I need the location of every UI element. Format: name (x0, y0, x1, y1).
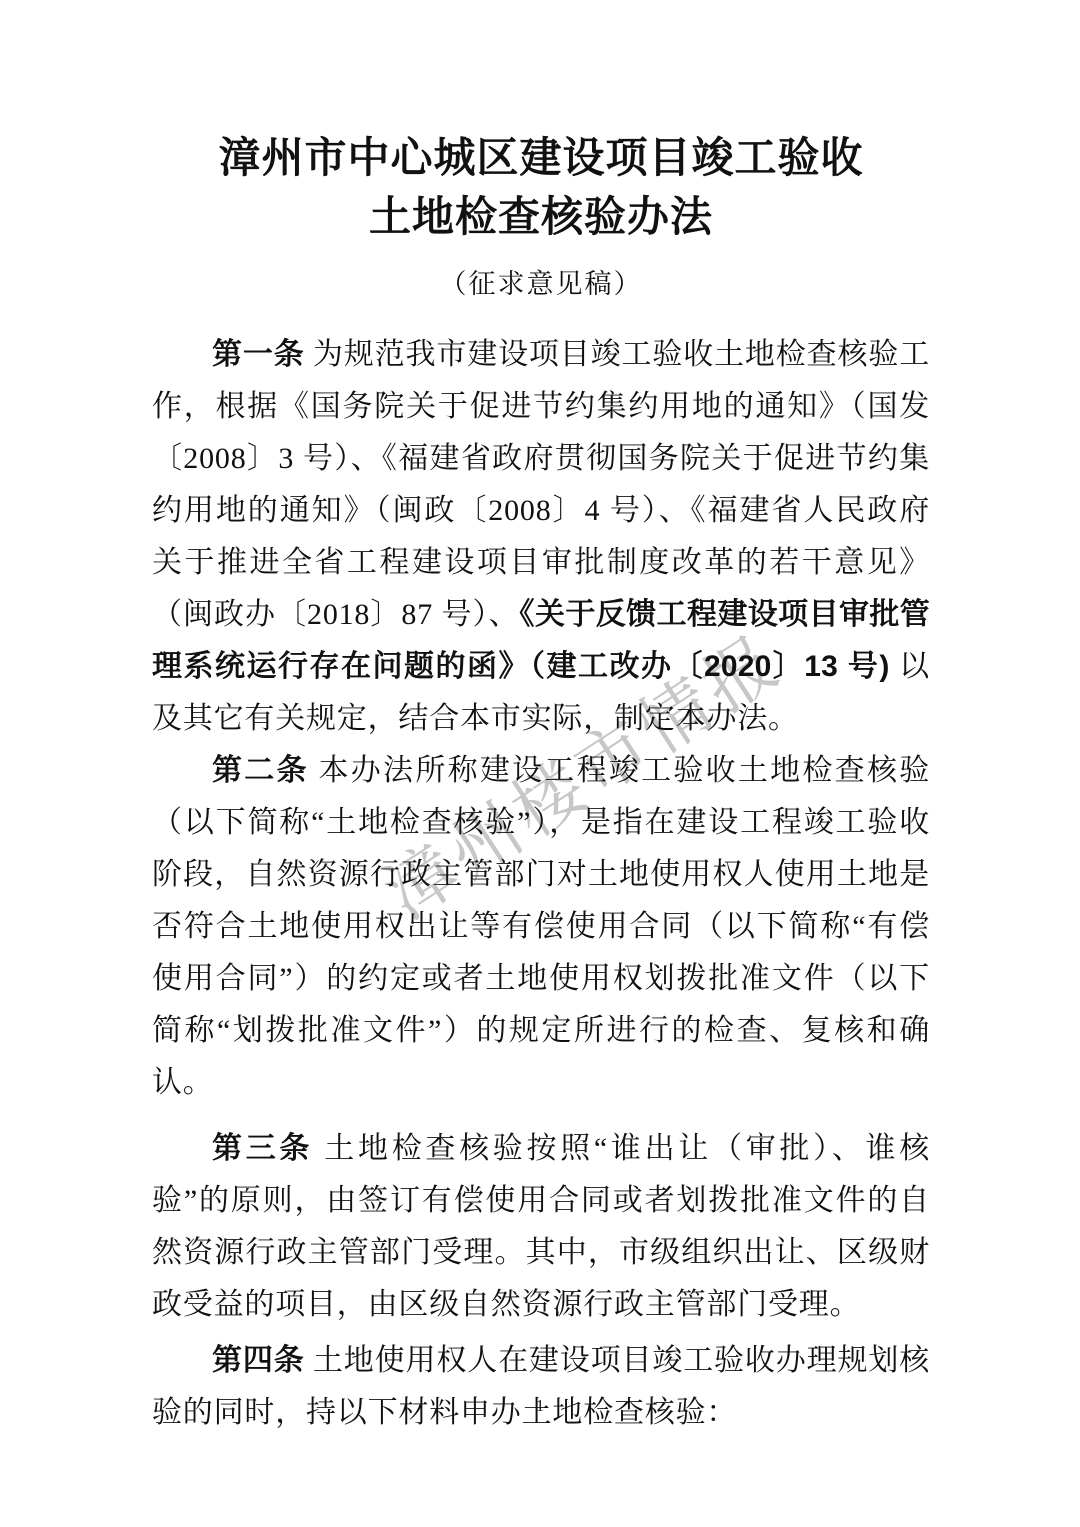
article-label: 第一条 (212, 338, 305, 371)
body-text: 为规范我市建设项目竣工验收土地检查核验工作，根据《国务院关于促进节约集约用地的通… (152, 338, 930, 631)
document-content: 漳州市中心城区建设项目竣工验收 土地检查核验办法 （征求意见稿） 第一条 为规范… (152, 130, 930, 1439)
document-page: 漳州楼市情报 漳州市中心城区建设项目竣工验收 土地检查核验办法 （征求意见稿） … (0, 0, 1080, 1527)
document-paragraphs: 第一条 为规范我市建设项目竣工验收土地检查核验工作，根据《国务院关于促进节约集约… (152, 329, 930, 1439)
page-number: 1 (0, 1396, 1080, 1416)
article-label: 第二条 (212, 754, 309, 787)
body-text: 本办法所称建设工程竣工验收土地检查核验（以下简称“土地检查核验”），是指在建设工… (152, 754, 930, 1099)
paragraph-2: 第二条 本办法所称建设工程竣工验收土地检查核验（以下简称“土地检查核验”），是指… (152, 745, 930, 1109)
article-label: 第三条 (212, 1132, 313, 1165)
article-label: 第四条 (212, 1344, 305, 1377)
paragraph-3: 第三条 土地检查核验按照“谁出让（审批）、谁核验”的原则，由签订有偿使用合同或者… (152, 1123, 930, 1331)
document-title-line1: 漳州市中心城区建设项目竣工验收 (152, 130, 930, 189)
paragraph-1: 第一条 为规范我市建设项目竣工验收土地检查核验工作，根据《国务院关于促进节约集约… (152, 329, 930, 745)
document-subtitle: （征求意见稿） (152, 262, 930, 301)
paragraph-4: 第四条 土地使用权人在建设项目竣工验收办理规划核验的同时，持以下材料申办土地检查… (152, 1335, 930, 1439)
document-title-line2: 土地检查核验办法 (152, 189, 930, 248)
